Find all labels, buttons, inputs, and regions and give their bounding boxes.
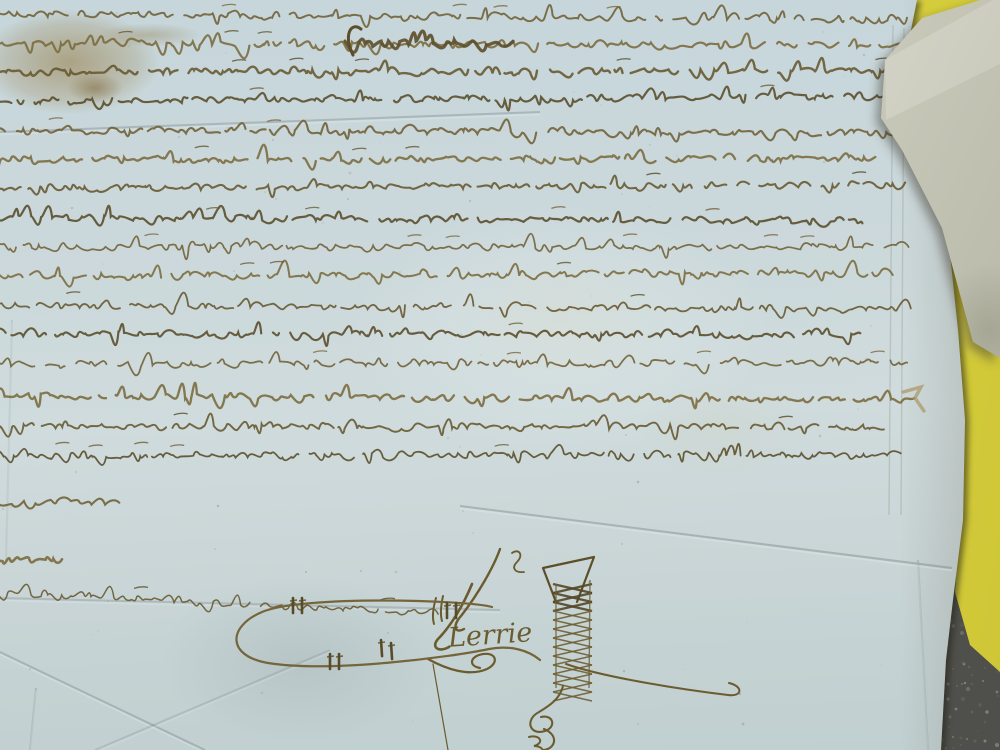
notary-signature-group: Lerrie — [236, 387, 924, 750]
script-line-12 — [0, 322, 860, 346]
paraph-loop — [236, 601, 540, 667]
yellow-folder-sheet — [0, 0, 1000, 750]
script-line-18 — [0, 557, 62, 563]
script-line-3 — [0, 58, 907, 81]
crease-3 — [0, 598, 500, 610]
signature-left-wave — [428, 654, 495, 672]
script-line-10 — [0, 261, 893, 287]
script-line-2 — [0, 27, 903, 58]
crease-5 — [95, 650, 330, 750]
manuscript-text-block — [0, 4, 914, 614]
script-line-14 — [0, 383, 914, 408]
paraph-tick-marks — [290, 598, 460, 669]
margin-fold-line-2 — [901, 28, 904, 515]
script-line-11 — [0, 292, 911, 318]
crease-2 — [460, 506, 952, 568]
signature-flourish-curl — [512, 551, 524, 572]
signature-descender — [530, 686, 563, 750]
parchment-speckles — [2, 10, 887, 725]
parchment-creases — [0, 25, 952, 750]
manuscript-ink-svg: Lerrie — [0, 0, 1000, 750]
parchment-stains — [0, 0, 1000, 750]
folded-parchment-flap — [0, 0, 1000, 750]
paraph-tick-7 — [376, 640, 386, 656]
script-line-8 — [0, 206, 862, 227]
signature-thin-diagonal — [433, 664, 448, 750]
folded-flap-wrap — [0, 0, 1000, 750]
manuscript-photo-scene: Lerrie — [0, 0, 1000, 750]
paraph-tick-8 — [386, 643, 396, 659]
crease-highlight-5 — [95, 653, 330, 750]
tan-stain-mark — [903, 387, 924, 411]
crease-highlight-1 — [0, 115, 540, 135]
script-line-5 — [0, 118, 906, 143]
script-line-4 — [0, 85, 910, 110]
crease-4 — [0, 652, 205, 750]
signature-flourish-stroke — [456, 549, 500, 631]
crease-highlight-7 — [6, 323, 12, 563]
signature-initial-L — [435, 584, 472, 649]
signature-name-text: Lerrie — [446, 617, 533, 654]
signature-descender-scribble — [529, 736, 543, 750]
crease-highlight-8 — [918, 563, 928, 750]
script-line-16 — [0, 442, 901, 465]
parchment-sheet — [0, 0, 1000, 750]
crease-highlight-6 — [30, 691, 36, 750]
crease-6 — [30, 688, 36, 750]
flap-fold-band — [0, 0, 1000, 750]
asphalt-ground-texture — [0, 0, 1000, 750]
crease-8 — [918, 560, 928, 750]
lattice-funnel — [543, 557, 594, 602]
lattice-ruche — [553, 580, 592, 701]
script-line-9 — [0, 234, 909, 260]
crease-7 — [6, 320, 12, 560]
script-line-17 — [0, 497, 119, 508]
parchment-wrap — [0, 0, 1000, 750]
script-line-7 — [0, 172, 905, 197]
script-line-1 — [0, 4, 907, 27]
signature-abbrev-mark — [433, 596, 443, 624]
signature-sweep — [566, 664, 739, 695]
script-line-6 — [0, 145, 875, 170]
script-line-15 — [0, 413, 884, 439]
crease-highlight-4 — [0, 655, 205, 750]
script-line-13 — [0, 351, 907, 375]
crease-highlight-3 — [0, 601, 500, 613]
script-line-19 — [0, 584, 438, 614]
margin-fold-line-1 — [889, 25, 893, 515]
crease-highlight-2 — [460, 509, 952, 571]
crease-1 — [0, 112, 540, 132]
